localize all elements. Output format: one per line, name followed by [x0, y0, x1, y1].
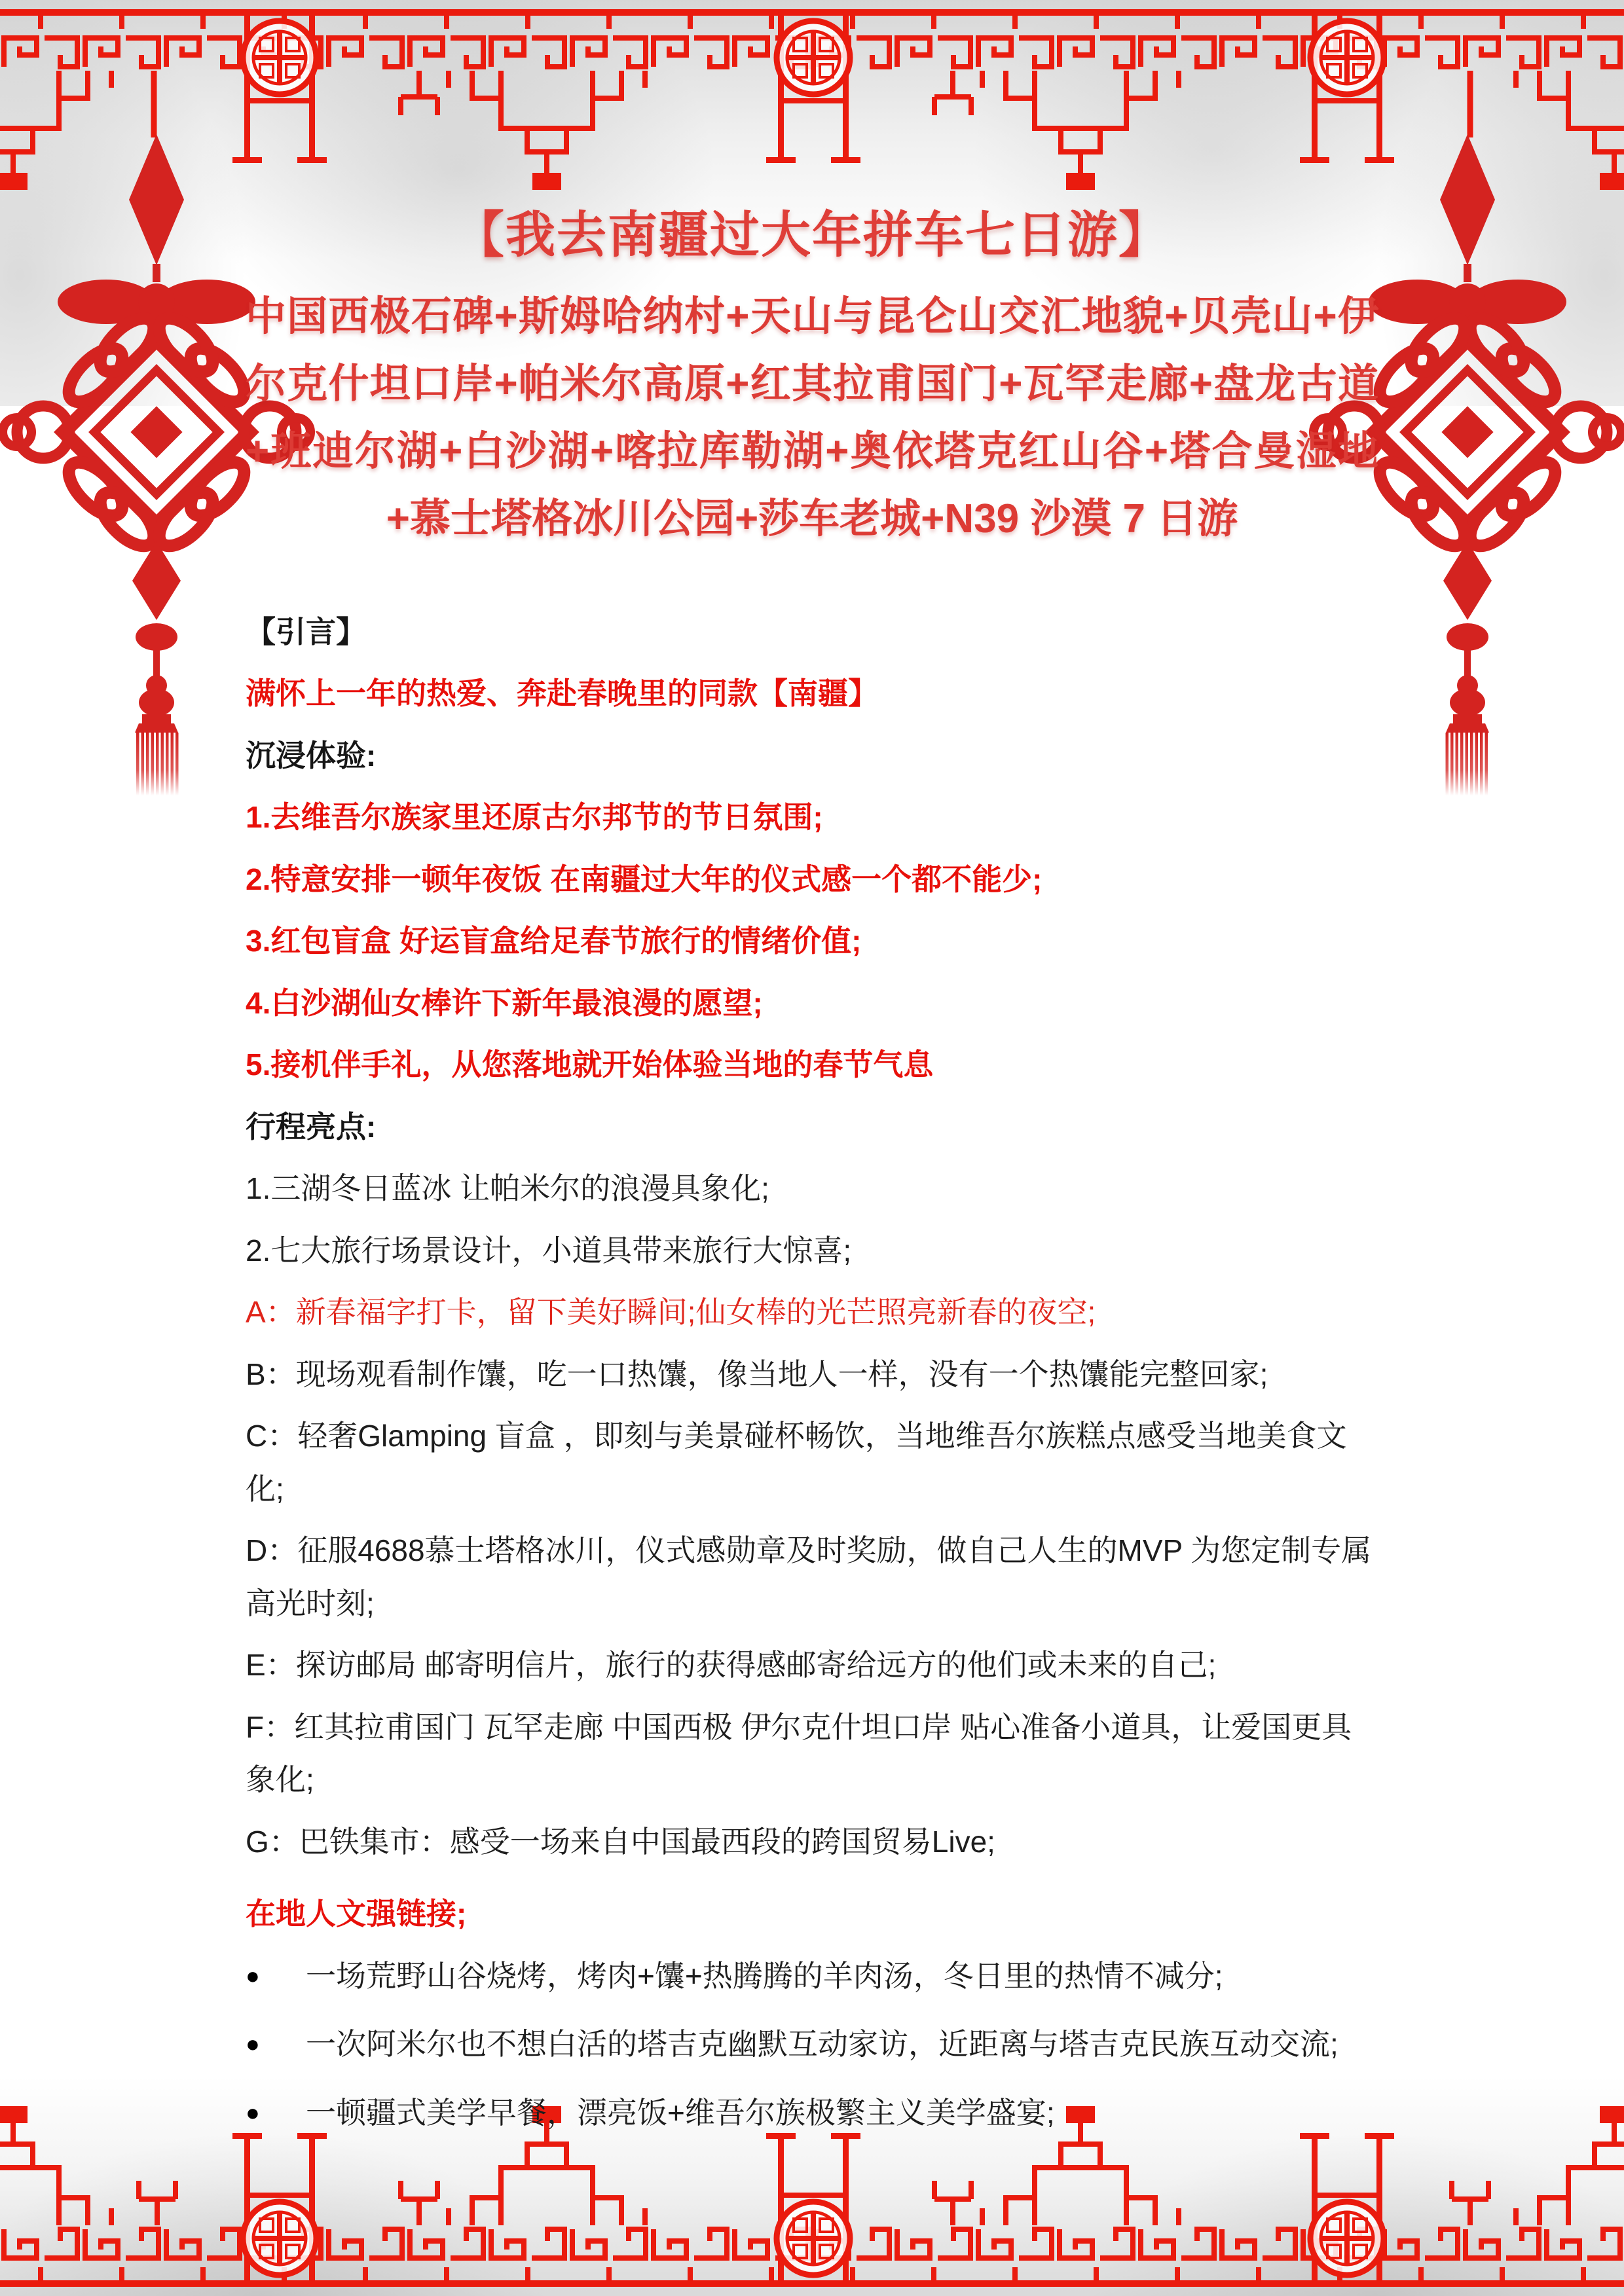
- highlight-item: 2.七大旅行场景设计，小道具带来旅行大惊喜;: [246, 1224, 1378, 1277]
- immersive-item: 2.特意安排一顿年夜饭 在南疆过大年的仪式感一个都不能少;: [246, 853, 1378, 906]
- immersive-item: 4.白沙湖仙女棒许下新年最浪漫的愿望;: [246, 977, 1378, 1030]
- list-item: ● 一场荒野山谷烧烤，烤肉+馕+热腾腾的羊肉汤，冬日里的热情不减分;: [246, 1950, 1378, 2003]
- scene-item-b: B：现场观看制作馕，吃一口热馕，像当地人一样，没有一个热馕能完整回家;: [246, 1348, 1378, 1401]
- list-item: ● 一顿疆式美学早餐，漂亮饭+维吾尔族极繁主义美学盛宴;: [246, 2086, 1378, 2140]
- local-heading: 在地人文强链接;: [246, 1887, 1378, 1941]
- list-item-text: 一场荒野山谷烧烤，烤肉+馕+热腾腾的羊肉汤，冬日里的热情不减分;: [306, 1950, 1378, 2003]
- page-title: 【我去南疆过大年拼车七日游】: [246, 204, 1378, 266]
- immersive-item: 5.接机伴手礼，从您落地就开始体验当地的春节气息: [246, 1038, 1378, 1091]
- highlights-heading: 行程亮点:: [246, 1101, 1378, 1154]
- scene-item-d: D：征服4688慕士塔格冰川，仪式感勋章及时奖励，做自己人生的MVP 为您定制专…: [246, 1524, 1378, 1630]
- knot-small-diamond-icon: [132, 541, 181, 620]
- flyer-page: { "colors": { "lattice_red": "#ea1b0e", …: [0, 0, 1624, 2296]
- scene-item-g: G：巴铁集市：感受一场来自中国最西段的跨国贸易Live;: [246, 1815, 1378, 1868]
- knot-diamond-icon: [129, 134, 184, 265]
- list-item-text: 一顿疆式美学早餐，漂亮饭+维吾尔族极繁主义美学盛宴;: [306, 2086, 1378, 2140]
- scene-item-f: F：红其拉甫国门 瓦罕走廊 中国西极 伊尔克什坦口岸 贴心准备小道具，让爱国更具…: [246, 1701, 1378, 1806]
- scene-item-c: C：轻奢Glamping 盲盒 ，即刻与美景碰杯畅饮，当地维吾尔族糕点感受当地美…: [246, 1410, 1378, 1515]
- scene-item-e: E：探访邮局 邮寄明信片，旅行的获得感邮寄给远方的他们或未来的自己;: [246, 1639, 1378, 1692]
- intro-heading: 【引言】: [246, 606, 1378, 659]
- highlight-item: 1.三湖冬日蓝冰 让帕米尔的浪漫具象化;: [246, 1162, 1378, 1215]
- scene-item-a: A：新春福字打卡，留下美好瞬间;仙女棒的光芒照亮新春的夜空;: [246, 1286, 1378, 1339]
- knot-bead-cluster-icon: [139, 675, 174, 723]
- bullet-icon: ●: [246, 2018, 306, 2070]
- immersive-heading: 沉浸体验:: [246, 729, 1378, 782]
- page-subtitle: 中国西极石碑+斯姆哈纳村+天山与昆仑山交汇地貌+贝壳山+伊尔克什坦口岸+帕米尔高…: [246, 283, 1378, 553]
- intro-tagline: 满怀上一年的热爱、奔赴春晚里的同款【南疆】: [246, 667, 1378, 720]
- immersive-item: 1.去维吾尔族家里还原古尔邦节的节日氛围;: [246, 791, 1378, 844]
- list-item-text: 一次阿米尔也不想白活的塔吉克幽默互动家访，近距离与塔吉克民族互动交流;: [306, 2018, 1378, 2071]
- document-body: 【我去南疆过大年拼车七日游】 中国西极石碑+斯姆哈纳村+天山与昆仑山交汇地貌+贝…: [246, 190, 1378, 2155]
- immersive-item: 3.红包盲盒 好运盲盒给足春节旅行的情绪价值;: [246, 915, 1378, 968]
- bullet-icon: ●: [246, 2086, 306, 2139]
- list-item: ● 一次阿米尔也不想白活的塔吉克幽默互动家访，近距离与塔吉克民族互动交流;: [246, 2018, 1378, 2071]
- knot-bow-icon: [58, 280, 255, 324]
- bullet-icon: ●: [246, 1950, 306, 2002]
- tassel-icon: [135, 723, 179, 795]
